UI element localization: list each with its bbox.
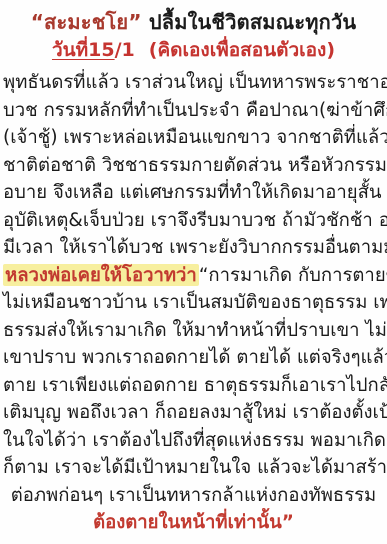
text-line: ต่อภพก่อนๆ เราเป็นทหารกล้าแห่งกองทัพธรรม (3, 482, 384, 510)
text-line: อุบัติเหตุ&เจ็บป่วย เราจึงรีบมาบวช ถ้ามั… (3, 207, 384, 235)
text-segment: ธรรมส่งให้เรามาเกิด ให้มาทำหน้าที่ปราบเข… (3, 320, 387, 341)
text-line: ต้องตายในหน้าที่เท่านั้น” (3, 509, 384, 537)
body-text: พุทธันดรที่แล้ว เราส่วนใหญ่ เป็นทหารพระร… (3, 69, 384, 537)
text-line: ตาย เราเพียงแต่ถอดกาย ธาตุธรรมก็เอาเราไป… (3, 372, 384, 400)
text-segment: ก็ตาม เราจะได้มีเป้าหมายในใจ แล้วจะได้มา… (3, 457, 387, 478)
text-segment: ตาย เราเพียงแต่ถอดกาย ธาตุธรรมก็เอาเราไป… (3, 375, 387, 396)
date-suffix: /1 (115, 39, 135, 61)
text-line: บวช กรรมหลักที่ทำเป็นประจำ คือปาณา(ฆ่าข้… (3, 97, 384, 125)
text-line: พุทธันดรที่แล้ว เราส่วนใหญ่ เป็นทหารพระร… (3, 69, 384, 97)
text-segment: มีเวลา ให้เราได้บวช เพราะยังวิบากกรรมอื่… (3, 237, 387, 258)
text-segment: “การมาเกิด กับการตายของเรา (199, 265, 387, 286)
text-line: ในใจได้ว่า เราต้องไปถึงที่สุดแห่งธรรม พอ… (3, 427, 384, 455)
text-segment: ในใจได้ว่า เราต้องไปถึงที่สุดแห่งธรรม พอ… (3, 430, 387, 451)
text-segment: เติมบุญ พอถึงเวลา ก็ถอยลงมาสู้ใหม่ เราต้… (3, 402, 387, 423)
text-segment: เขาปราบ พวกเราถอดกายได้ ตายได้ แต่จริงๆแ… (3, 347, 387, 368)
text-segment: ต่อภพก่อนๆ เราเป็นทหารกล้าแห่งกองทัพธรรม (11, 485, 377, 506)
title-quoted-name: “สะมะชโย” (31, 10, 142, 34)
text-segment: ชาติต่อชาติ วิชชาธรรมกายตัดส่วน หรือหัวก… (3, 155, 387, 176)
date-value: วันที่15 (52, 39, 115, 61)
text-segment: ไม่เหมือนชาวบ้าน เราเป็นสมบัติของธาตุธรร… (3, 292, 387, 313)
text-segment: พุทธันดรที่แล้ว เราส่วนใหญ่ เป็นทหารพระร… (3, 72, 387, 93)
date-note: (คิดเองเพื่อสอนตัวเอง) (149, 39, 335, 61)
text-line: (เจ้าชู้) เพราะหล่อเหมือนแขกขาว จากชาติท… (3, 124, 384, 152)
text-line: เติมบุญ พอถึงเวลา ก็ถอยลงมาสู้ใหม่ เราต้… (3, 399, 384, 427)
text-line: เขาปราบ พวกเราถอดกายได้ ตายได้ แต่จริงๆแ… (3, 344, 384, 372)
text-line: ไม่เหมือนชาวบ้าน เราเป็นสมบัติของธาตุธรร… (3, 289, 384, 317)
text-segment: (เจ้าชู้) เพราะหล่อเหมือนแขกขาว จากชาติท… (3, 127, 387, 148)
text-line: ก็ตาม เราจะได้มีเป้าหมายในใจ แล้วจะได้มา… (3, 454, 384, 482)
text-line: มีเวลา ให้เราได้บวช เพราะยังวิบากกรรมอื่… (3, 234, 384, 262)
emphasis-segment: ต้องตายในหน้าที่เท่านั้น” (93, 512, 294, 533)
date-line: วันที่15/1(คิดเองเพื่อสอนตัวเอง) (3, 37, 384, 63)
text-segment: บวช กรรมหลักที่ทำเป็นประจำ คือปาณา(ฆ่าข้… (3, 100, 387, 121)
text-line: อบาย จึงเหลือ แต่เศษกรรมที่ทำให้เกิดมาอา… (3, 179, 384, 207)
text-segment: อบาย จึงเหลือ แต่เศษกรรมที่ทำให้เกิดมาอา… (3, 182, 387, 203)
text-line: ชาติต่อชาติ วิชชาธรรมกายตัดส่วน หรือหัวก… (3, 152, 384, 180)
text-line: หลวงพ่อเคยให้โอวาทว่า“การมาเกิด กับการตา… (3, 262, 384, 290)
document-page: “สะมะชโย” ปลื้มในชีวิตสมณะทุกวัน วันที่1… (0, 0, 387, 544)
title-rest: ปลื้มในชีวิตสมณะทุกวัน (142, 10, 357, 34)
page-title: “สะมะชโย” ปลื้มในชีวิตสมณะทุกวัน (3, 7, 384, 37)
text-line: ธรรมส่งให้เรามาเกิด ให้มาทำหน้าที่ปราบเข… (3, 317, 384, 345)
emphasis-segment: หลวงพ่อเคยให้โอวาทว่า (3, 264, 199, 286)
text-segment: อุบัติเหตุ&เจ็บป่วย เราจึงรีบมาบวช ถ้ามั… (3, 210, 387, 231)
